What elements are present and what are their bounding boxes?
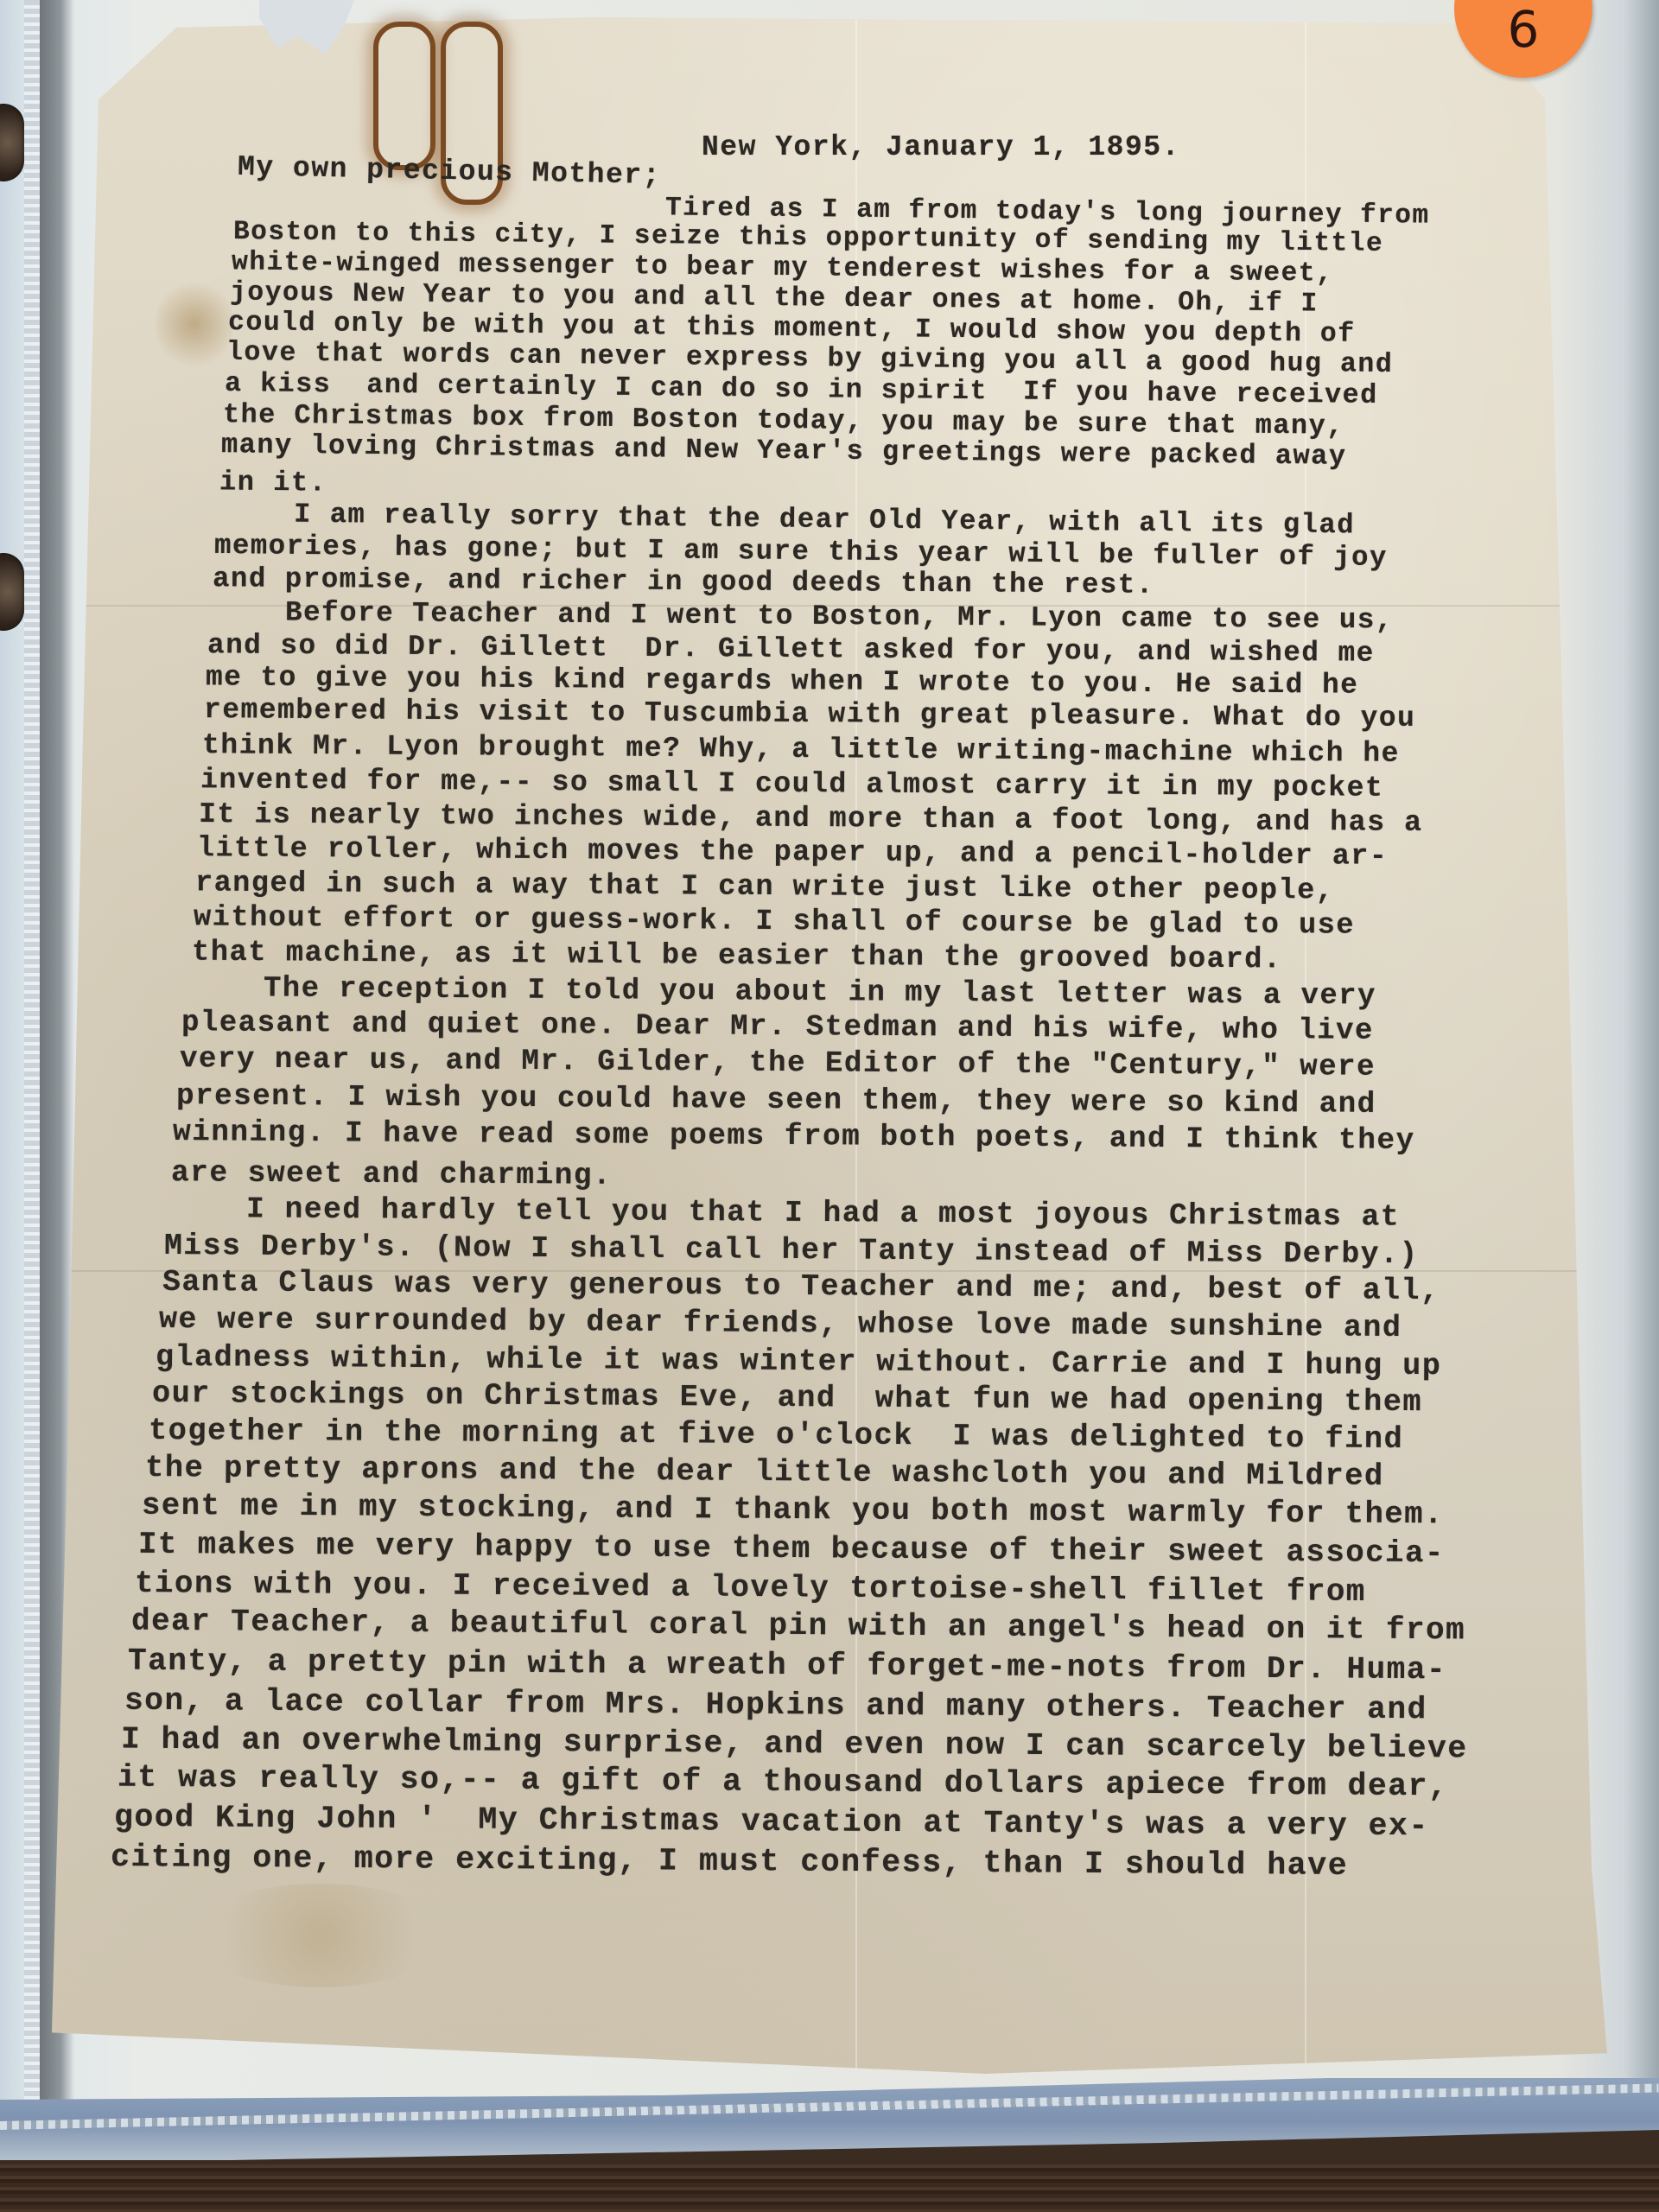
letter-line: are sweet and charming.: [171, 1156, 613, 1193]
letter-line: in it.: [219, 466, 327, 499]
binder-hole: [0, 104, 24, 181]
letter-dateline: New York, January 1, 1895.: [702, 131, 1180, 163]
wooden-table: [0, 2160, 1659, 2212]
sleeve-perforation: [24, 0, 40, 2108]
water-stain: [156, 276, 233, 372]
letter-line: and promise, and richer in good deeds th…: [213, 563, 1154, 601]
water-stain: [190, 1884, 449, 1987]
rusty-paperclip-icon: [373, 22, 435, 170]
page-number: 6: [1508, 0, 1540, 78]
binder-hole: [0, 553, 24, 631]
